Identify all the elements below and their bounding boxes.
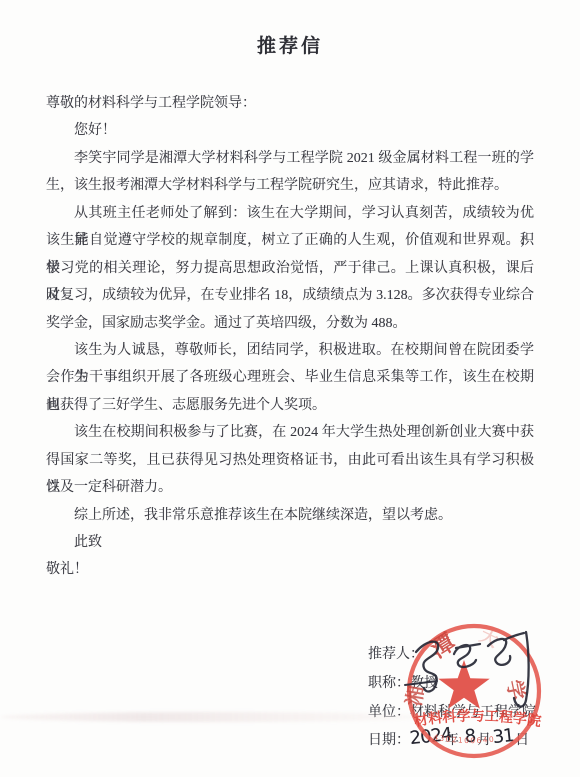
body-line: 时复习，成绩较为优异，在专业排名 18，成绩绩点为 3.128。多次获得专业综合 <box>46 282 534 309</box>
body-line: 该生在校期间积极参与了比赛，在 2024 年大学生热处理创新创业大赛中获 <box>46 419 534 446</box>
body-line: 以及一定科研潜力。 <box>46 474 534 501</box>
body-line: 得国家二等奖，且已获得见习热处理资格证书，由此可看出该生具有学习积极性 <box>46 447 534 474</box>
signature-strikethrough <box>405 681 437 685</box>
body-line: 尊敬的材料科学与工程学院领导： <box>46 90 534 117</box>
body-line: 该生能自觉遵守学校的规章制度，树立了正确的人生观，价值观和世界观。积极 <box>46 227 534 254</box>
body-line: 从其班主任老师处了解到：该生在大学期间，学习认真刻苦，成绩较为优异， <box>46 200 534 227</box>
signature-stroke <box>504 633 524 640</box>
body-line: 学习党的相关理论，努力提高思想政治觉悟，严于律己。上课认真积极，课后及 <box>46 255 534 282</box>
letter-body: 尊敬的材料科学与工程学院领导：您好！李笑宇同学是湘潭大学材料科学与工程学院 20… <box>46 90 534 584</box>
seal-serial-number: 4302100640 <box>433 733 496 746</box>
body-line: 会作为干事组织开展了各班级心理班会、毕业生信息采集等工作，该生在校期间 <box>46 364 534 391</box>
body-line: 综上所述，我非常乐意推荐该生在本院继续深造，望以考虑。 <box>46 502 534 529</box>
signature-stroke <box>514 632 529 707</box>
signature-stroke <box>488 639 510 665</box>
body-line: 生，该生报考湘潭大学材料科学与工程学院研究生，应其请求，特此推荐。 <box>46 172 534 199</box>
body-line: 李笑宇同学是湘潭大学材料科学与工程学院 2021 级金属材料工程一班的学 <box>46 145 534 172</box>
body-line: 您好！ <box>46 117 534 144</box>
body-line: 该生为人诚恳，尊敬师长，团结同学，积极进取。在校期间曾在院团委学生 <box>46 337 534 364</box>
body-line: 也获得了三好学生、志愿服务先进个人奖项。 <box>46 392 534 419</box>
body-line: 此致 <box>46 529 534 556</box>
body-line: 敬礼！ <box>46 556 534 583</box>
letter-title: 推荐信 <box>0 31 580 58</box>
handwritten-signature <box>396 624 546 716</box>
scan-artifact-streak <box>0 712 430 722</box>
body-line: 奖学金，国家励志奖学金。通过了英培四级，分数为 488。 <box>46 310 534 337</box>
letter-page: 推荐信 尊敬的材料科学与工程学院领导：您好！李笑宇同学是湘潭大学材料科学与工程学… <box>0 0 580 777</box>
